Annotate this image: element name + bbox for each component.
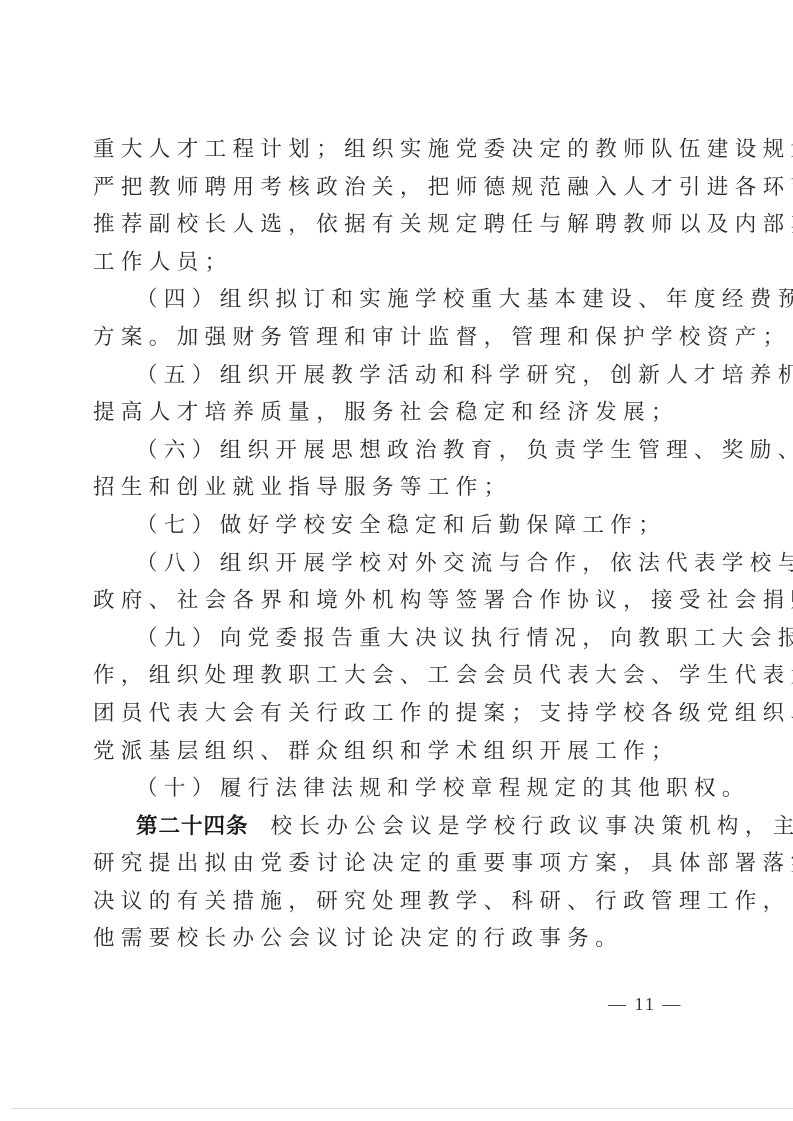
text-line: 研究提出拟由党委讨论决定的重要事项方案，具体部署落实党委 <box>93 845 703 883</box>
text-line: 政府、社会各界和境外机构等签署合作协议，接受社会捐赠； <box>93 582 703 620</box>
list-item-5: （五）组织开展教学活动和科学研究，创新人才培养机制， <box>93 357 703 395</box>
list-item-7: （七）做好学校安全稳定和后勤保障工作； <box>93 507 703 545</box>
text-line: 工作人员； <box>93 244 703 282</box>
page-number: — 11 — <box>608 994 682 1015</box>
text-line: 他需要校长办公会议讨论决定的行政事务。 <box>93 920 703 958</box>
text-line: 团员代表大会有关行政工作的提案；支持学校各级党组织、民主 <box>93 695 703 733</box>
text-line: 决议的有关措施，研究处理教学、科研、行政管理工作，以及其 <box>93 883 703 921</box>
list-item-10: （十）履行法律法规和学校章程规定的其他职权。 <box>93 770 703 808</box>
list-item-6: （六）组织开展思想政治教育，负责学生管理、奖励、处分、 <box>93 432 703 470</box>
list-item-8: （八）组织开展学校对外交流与合作，依法代表学校与各级 <box>93 545 703 583</box>
text-line: 党派基层组织、群众组织和学术组织开展工作； <box>93 733 703 771</box>
document-body: 重大人才工程计划；组织实施党委决定的教师队伍建设规划， 严把教师聘用考核政治关，… <box>93 131 703 958</box>
text-line: 方案。加强财务管理和审计监督，管理和保护学校资产； <box>93 319 703 357</box>
text-line: 推荐副校长人选，依据有关规定聘任与解聘教师以及内部其他 <box>93 206 703 244</box>
document-page: 重大人才工程计划；组织实施党委决定的教师队伍建设规划， 严把教师聘用考核政治关，… <box>0 0 793 1121</box>
article-24-first-line: 第二十四条校长办公会议是学校行政议事决策机构，主要 <box>93 808 703 846</box>
list-item-9: （九）向党委报告重大决议执行情况，向教职工大会报告工 <box>93 620 703 658</box>
text-line: 重大人才工程计划；组织实施党委决定的教师队伍建设规划， <box>93 131 703 169</box>
text-line: 招生和创业就业指导服务等工作； <box>93 469 703 507</box>
text-line: 作，组织处理教职工大会、工会会员代表大会、学生代表大会和 <box>93 657 703 695</box>
text-line: 提高人才培养质量，服务社会稳定和经济发展； <box>93 394 703 432</box>
page-bottom-divider <box>11 1108 793 1109</box>
text-line: 严把教师聘用考核政治关，把师德规范融入人才引进各环节， <box>93 169 703 207</box>
article-text: 校长办公会议是学校行政议事决策机构，主要 <box>271 814 793 839</box>
list-item-4: （四）组织拟订和实施学校重大基本建设、年度经费预算等 <box>93 281 703 319</box>
article-heading: 第二十四条 <box>136 814 249 839</box>
